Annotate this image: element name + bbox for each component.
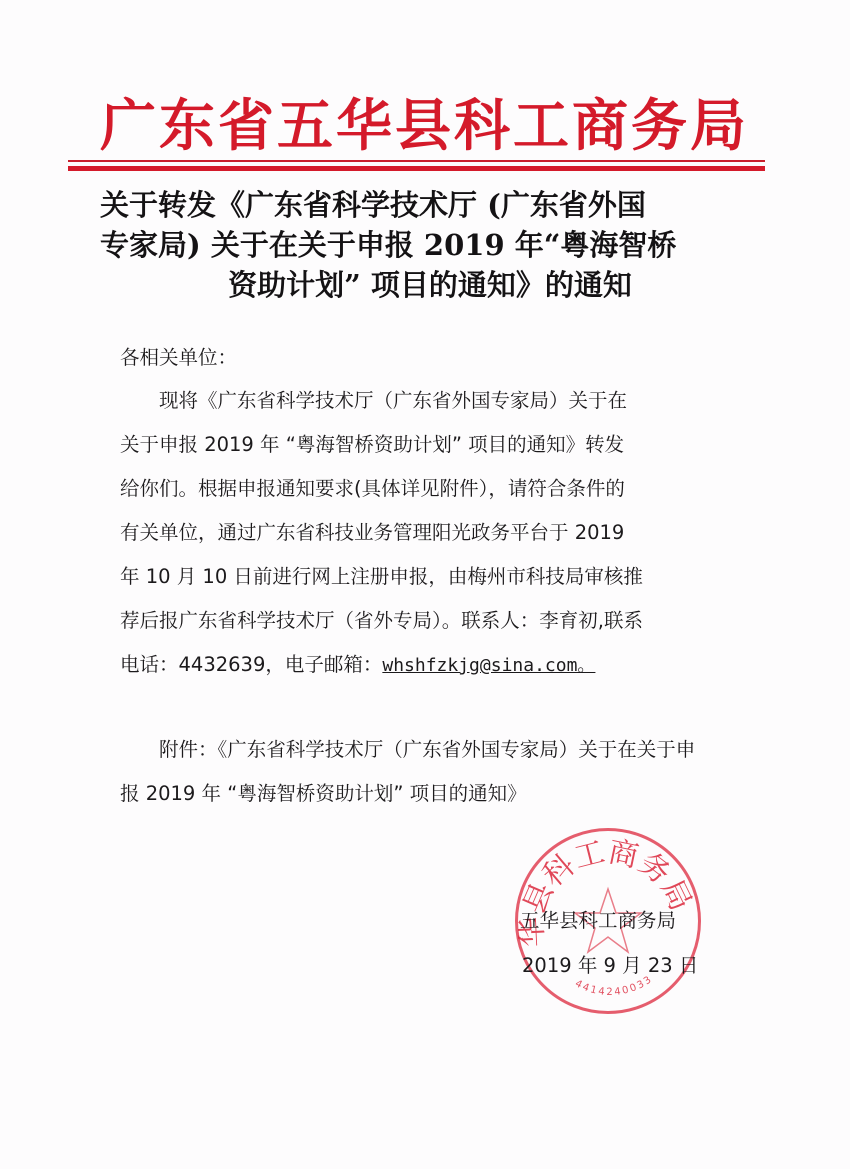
paragraph-line-1: 现将《广东省科学技术厅（广东省外国专家局）关于在 [120, 385, 627, 413]
document-page: 广东省五华县科工商务局 关于转发《广东省科学技术厅 (广东省外国 专家局) 关于… [0, 0, 850, 1169]
attachment-line-1: 附件：《广东省科学技术厅（广东省外国专家局）关于在关于申 [120, 734, 695, 762]
paragraph-line-3: 给你们。根据申报通知要求(具体详见附件），请符合条件的 [120, 473, 625, 501]
paragraph-line-6: 荐后报广东省科学技术厅（省外专局）。联系人：李育初,联系 [120, 605, 643, 633]
title-line-3: 资助计划” 项目的通知》的通知 [100, 265, 740, 305]
salutation: 各相关单位： [120, 342, 237, 370]
paragraph-line-2: 关于申报 2019 年 “粤海智桥资助计划” 项目的通知》转发 [120, 429, 624, 457]
issue-date: 2019 年 9 月 23 日 [522, 950, 698, 978]
paragraph-line-4: 有关单位，通过广东省科技业务管理阳光政务平台于 2019 [120, 517, 624, 545]
issuer-name: 五华县科工商务局 [520, 905, 676, 933]
title-line-2: 专家局) 关于在关于申报 2019 年“粤海智桥 [100, 225, 740, 265]
contact-line: 电话：4432639，电子邮箱：whshfzkjg@sina.com。 [120, 649, 595, 677]
title-line-1: 关于转发《广东省科学技术厅 (广东省外国 [100, 185, 740, 225]
letterhead-rule-thin [68, 160, 765, 162]
document-title: 关于转发《广东省科学技术厅 (广东省外国 专家局) 关于在关于申报 2019 年… [100, 185, 740, 305]
paragraph-line-5: 年 10 月 10 日前进行网上注册申报，由梅州市科技局审核推 [120, 561, 643, 589]
email-link[interactable]: whshfzkjg@sina.com。 [382, 655, 595, 676]
letterhead-rule-thick [68, 166, 765, 171]
attachment-line-2: 报 2019 年 “粤海智桥资助计划” 项目的通知》 [120, 778, 527, 806]
contact-phone: 电话：4432639，电子邮箱： [120, 653, 382, 676]
letterhead-org-name: 广东省五华县科工商务局 [100, 96, 740, 156]
